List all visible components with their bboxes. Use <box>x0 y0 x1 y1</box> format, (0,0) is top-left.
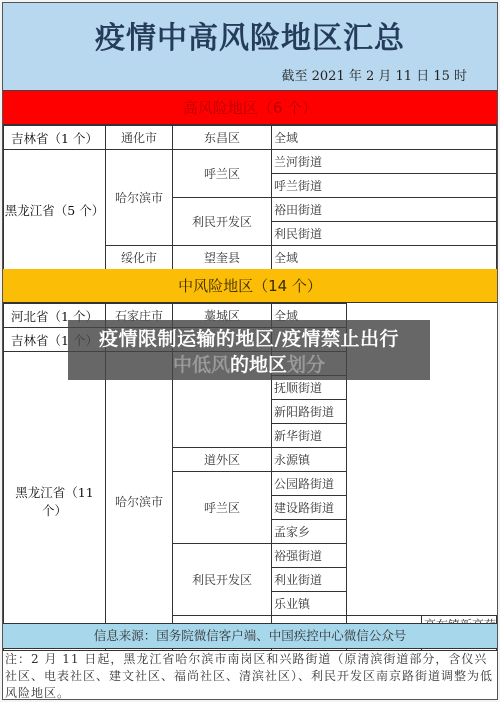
district-cell: 呼兰区 <box>173 472 272 544</box>
district-cell: 呼兰区 <box>173 150 272 198</box>
caption-overlay: 疫情限制运输的地区/疫情禁止出行 中低风的地区划分 <box>68 320 430 380</box>
area-cell: 利业街道 <box>272 568 347 592</box>
area-cell: 新华街道 <box>272 424 347 448</box>
province-cell: 黑龙江省（5 个） <box>4 150 106 270</box>
district-cell: 利民开发区 <box>173 198 272 246</box>
province-cell: 黑龙江省（11 个） <box>4 352 106 651</box>
header: 疫情中高风险地区汇总 截至 2021 年 2 月 11 日 15 时 <box>3 3 497 91</box>
city-cell: 绥化市 <box>106 246 173 270</box>
city-cell: 通化市 <box>106 126 173 150</box>
area-cell: 全域 <box>272 126 497 150</box>
area-cell: 兰河街道 <box>272 150 497 174</box>
area-cell: 孟家乡 <box>272 520 347 544</box>
high-risk-header: 高风险地区（6 个） <box>3 91 497 125</box>
caption-ghost-right: 划分 <box>287 354 325 376</box>
area-cell: 呼兰街道 <box>272 174 497 198</box>
caption-ghost-left: 中低风 <box>173 354 230 376</box>
caption-line-1: 疫情限制运输的地区/疫情禁止出行 <box>68 324 430 351</box>
medium-risk-header: 中风险地区（14 个） <box>3 269 497 303</box>
area-cell: 公园路街道 <box>272 472 347 496</box>
area-cell: 新阳路街道 <box>272 400 347 424</box>
district-cell: 东昌区 <box>173 126 272 150</box>
area-cell: 建设路街道 <box>272 496 347 520</box>
caption-main: 的地区 <box>230 354 287 376</box>
district-cell: 道外区 <box>173 448 272 472</box>
page-title: 疫情中高风险地区汇总 <box>3 13 497 57</box>
area-cell: 裕强街道 <box>272 544 347 568</box>
source-info: 信息来源：国务院微信客户端、中国疾控中心微信公众号 <box>3 623 497 649</box>
district-cell: 利民开发区 <box>173 544 272 616</box>
table-row: 黑龙江省（5 个） 哈尔滨市 呼兰区 兰河街道 <box>4 150 497 174</box>
table-row: 吉林省（1 个） 通化市 东昌区 全域 <box>4 126 497 150</box>
area-cell: 利民街道 <box>272 222 497 246</box>
footnote: 注：2 月 11 日起，黑龙江省哈尔滨市南岗区和兴路街道（原清滨街道部分，含仪兴… <box>5 651 495 702</box>
area-cell: 乐业镇 <box>272 592 347 616</box>
high-risk-table: 吉林省（1 个） 通化市 东昌区 全域 黑龙江省（5 个） 哈尔滨市 呼兰区 兰… <box>3 125 497 270</box>
as-of-timestamp: 截至 2021 年 2 月 11 日 15 时 <box>282 65 468 84</box>
city-cell: 哈尔滨市 <box>106 150 173 246</box>
city-cell: 哈尔滨市 <box>106 352 173 651</box>
area-cell: 永源镇 <box>272 448 347 472</box>
province-cell: 吉林省（1 个） <box>4 126 106 150</box>
area-cell: 全域 <box>272 246 497 270</box>
caption-line-2: 中低风的地区划分 <box>68 350 430 377</box>
district-cell: 望奎县 <box>173 246 272 270</box>
area-cell: 裕田街道 <box>272 198 497 222</box>
